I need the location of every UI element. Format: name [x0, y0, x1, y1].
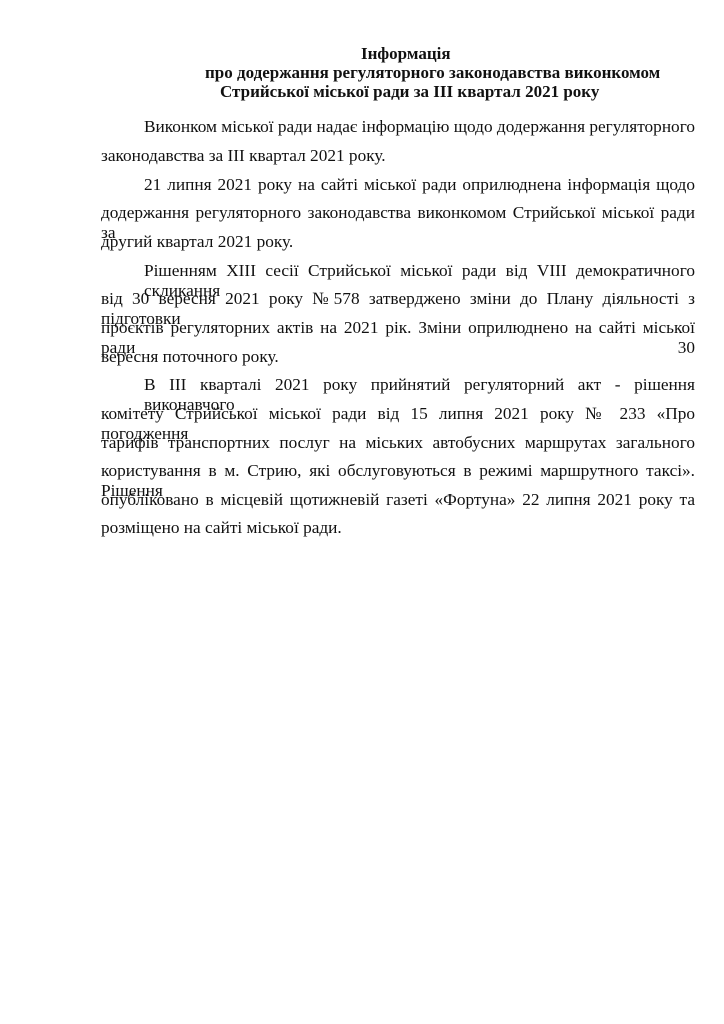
- text-line: другий квартал 2021 року.: [101, 232, 695, 252]
- text-line: законодавства за ІІІ квартал 2021 року.: [101, 146, 695, 166]
- text-line: розміщено на сайті міської ради.: [101, 518, 695, 538]
- document-title: Інформація: [361, 44, 451, 63]
- text-line: опубліковано в місцевій щотижневій газет…: [101, 490, 695, 510]
- text-line: Виконком міської ради надає інформацію щ…: [144, 117, 695, 137]
- text-line: тарифів транспортних послуг на міських а…: [101, 433, 695, 453]
- document-subtitle-line-1: про додержання регуляторного законодавст…: [205, 63, 660, 82]
- text-line: 21 липня 2021 року на сайті міської ради…: [144, 175, 695, 195]
- document-subtitle-line-2: Стрийської міської ради за ІІІ квартал 2…: [220, 82, 599, 101]
- text-line: вересня поточного року.: [101, 347, 695, 367]
